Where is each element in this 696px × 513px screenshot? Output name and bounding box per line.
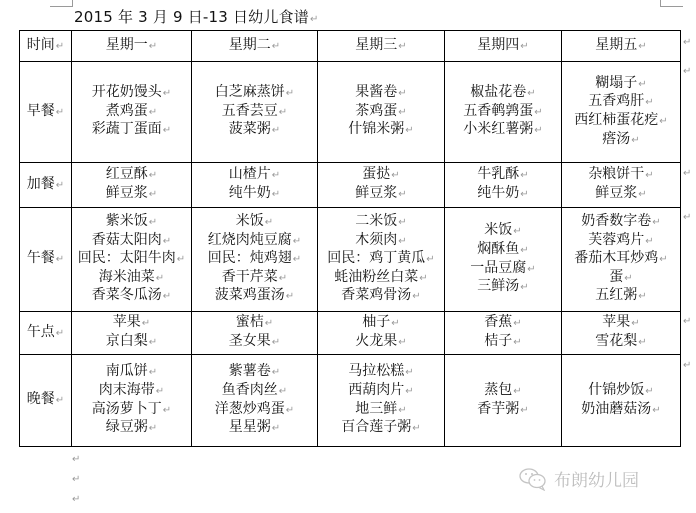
- paragraph-mark-icon: ↵: [520, 189, 528, 200]
- dish-item: 纯牛奶↵: [445, 185, 561, 204]
- menu-cell: 苹果↵雪花梨↵: [562, 312, 681, 355]
- paragraph-mark-icon: ↵: [272, 170, 280, 181]
- dish-name: 百合莲子粥: [341, 419, 411, 435]
- paragraph-mark-icon: ↵: [163, 88, 171, 99]
- paragraph-mark-icon: ↵: [631, 318, 639, 329]
- menu-cell: 杂粮饼干↵鲜豆浆↵: [562, 163, 681, 208]
- menu-cell: 牛乳酥↵纯牛奶↵: [445, 163, 562, 208]
- dish-item: 苹果↵: [72, 314, 191, 333]
- header-day-2: 星期二↵: [192, 31, 318, 62]
- row-end-mark-icon: ↵: [683, 66, 691, 77]
- dish-name: 鲜豆浆: [106, 185, 148, 201]
- paragraph-mark-icon: ↵: [645, 170, 653, 181]
- meal-label-cell: 午餐↵: [20, 208, 72, 312]
- paragraph-mark-icon: ↵: [272, 41, 280, 52]
- menu-cell: 蒸包↵香芋粥↵: [445, 355, 562, 447]
- dish-name: 菠菜粥: [229, 121, 271, 137]
- dish-item: 蒸包↵: [445, 382, 561, 401]
- dish-item: 果酱卷↵: [318, 84, 444, 103]
- menu-cell: 糊塌子↵五香鸡肝↵西红柿蛋花疙↵瘩汤↵: [562, 62, 681, 163]
- dish-item: 海米油菜↵: [72, 269, 191, 288]
- paragraph-mark-icon: ↵: [398, 107, 406, 118]
- paragraph-mark-icon: ↵: [513, 318, 521, 329]
- row-end-mark-icon: ↵: [683, 37, 691, 48]
- paragraph-mark-icon: ↵: [659, 254, 667, 265]
- dish-name: 椒盐花卷: [470, 84, 526, 100]
- dish-item: 西红柿蛋花疙↵: [562, 112, 680, 131]
- dish-item: 回民：太阳牛肉↵: [72, 250, 191, 269]
- dish-name: 苹果: [602, 314, 630, 330]
- paragraph-mark-icon: ↵: [279, 386, 287, 397]
- paragraph-mark-icon: ↵: [72, 474, 80, 494]
- dish-name: 纯牛奶: [477, 185, 519, 201]
- dish-name: 洋葱炒鸡蛋: [215, 401, 285, 417]
- paragraph-mark-icon: ↵: [56, 395, 64, 406]
- paragraph-mark-icon: ↵: [520, 245, 528, 256]
- paragraph-mark-icon: ↵: [631, 135, 639, 146]
- dish-name: 南瓜饼: [106, 363, 148, 379]
- paragraph-mark-icon: ↵: [156, 386, 164, 397]
- paragraph-mark-icon: ↵: [272, 189, 280, 200]
- header-day-label: 星期二: [229, 37, 271, 53]
- dish-name: 紫米饭: [106, 213, 148, 229]
- dish-name: 奶油蘑菇汤: [581, 401, 651, 417]
- paragraph-mark-icon: ↵: [163, 125, 171, 136]
- dish-name: 香菜鸡骨汤: [341, 287, 411, 303]
- meal-row: 早餐↵开花奶馒头↵煮鸡蛋↵彩蔬丁蛋面↵白芝麻蒸饼↵五香芸豆↵菠菜粥↵果酱卷↵茶鸡…: [20, 62, 681, 163]
- dish-name: 奶香数字卷: [581, 213, 651, 229]
- trailing-paragraph-marks: ↵ ↵ ↵: [72, 454, 80, 513]
- dish-item: 菠菜粥↵: [192, 121, 317, 140]
- dish-item: 蛋↵: [562, 269, 680, 288]
- dish-name: 果酱卷: [355, 84, 397, 100]
- dish-item: 奶油蘑菇汤↵: [562, 401, 680, 420]
- paragraph-mark-icon: ↵: [286, 291, 294, 302]
- dish-name: 五香芸豆: [222, 103, 278, 119]
- paragraph-mark-icon: ↵: [149, 189, 157, 200]
- paragraph-mark-icon: ↵: [638, 79, 646, 90]
- dish-item: 焖酥鱼↵: [445, 241, 561, 260]
- dish-name: 马拉松糕: [348, 363, 404, 379]
- header-time-label: 时间: [27, 37, 55, 53]
- dish-name: 苹果: [113, 314, 141, 330]
- dish-name: 绿豆粥: [106, 419, 148, 435]
- paragraph-mark-icon: ↵: [638, 337, 646, 348]
- dish-item: 马拉松糕↵: [318, 363, 444, 382]
- dish-item: 鲜豆浆↵: [72, 185, 191, 204]
- dish-item: 香干芹菜↵: [192, 269, 317, 288]
- dish-name: 火龙果: [355, 333, 397, 349]
- dish-item: 牛乳酥↵: [445, 166, 561, 185]
- paragraph-mark-icon: ↵: [426, 254, 434, 265]
- header-day-label: 星期五: [595, 37, 637, 53]
- dish-item: 二米饭↵: [318, 213, 444, 232]
- paragraph-mark-icon: ↵: [310, 14, 319, 25]
- dish-item: 杂粮饼干↵: [562, 166, 680, 185]
- paragraph-mark-icon: ↵: [272, 337, 280, 348]
- dish-item: 高汤萝卜丁↵: [72, 401, 191, 420]
- paragraph-mark-icon: ↵: [520, 170, 528, 181]
- dish-name: 什锦米粥: [348, 121, 404, 137]
- dish-item: 蛋挞↵: [318, 166, 444, 185]
- paragraph-mark-icon: ↵: [645, 386, 653, 397]
- paragraph-mark-icon: ↵: [279, 107, 287, 118]
- dish-name: 回民：太阳牛肉: [78, 250, 176, 266]
- paragraph-mark-icon: ↵: [149, 337, 157, 348]
- paragraph-mark-icon: ↵: [638, 291, 646, 302]
- dish-name: 蛋: [609, 269, 623, 285]
- dish-name: 五香鸡肝: [588, 93, 644, 109]
- document-title: 2015 年 3 月 9 日-13 日幼儿食谱↵: [74, 7, 319, 30]
- dish-name: 菠菜鸡蛋汤: [215, 287, 285, 303]
- menu-cell: 马拉松糕↵西葫肉片↵地三鲜↵百合莲子粥↵: [318, 355, 445, 447]
- dish-item: 柚子↵: [318, 314, 444, 333]
- dish-name: 杂粮饼干: [588, 166, 644, 182]
- paragraph-mark-icon: ↵: [645, 236, 653, 247]
- dish-name: 鲜豆浆: [595, 185, 637, 201]
- header-day-3: 星期三↵: [318, 31, 445, 62]
- meal-label-cell: 午点↵: [20, 312, 72, 355]
- paragraph-mark-icon: ↵: [645, 97, 653, 108]
- dish-item: 芙蓉鸡片↵: [562, 232, 680, 251]
- dish-name: 柚子: [362, 314, 390, 330]
- dish-item: 洋葱炒鸡蛋↵: [192, 401, 317, 420]
- dish-item: 茶鸡蛋↵: [318, 103, 444, 122]
- dish-name: 小米红薯粥: [463, 121, 533, 137]
- paragraph-mark-icon: ↵: [652, 405, 660, 416]
- dish-name: 二米饭: [355, 213, 397, 229]
- menu-cell: 南瓜饼↵肉末海带↵高汤萝卜丁↵绿豆粥↵: [72, 355, 192, 447]
- dish-item: 红烧肉炖豆腐↵: [192, 232, 317, 251]
- dish-item: 红豆酥↵: [72, 166, 191, 185]
- dish-name: 一品豆腐: [470, 260, 526, 276]
- wechat-icon: [518, 467, 548, 491]
- dish-item: 百合莲子粥↵: [318, 419, 444, 438]
- paragraph-mark-icon: ↵: [265, 217, 273, 228]
- paragraph-mark-icon: ↵: [72, 494, 80, 513]
- dish-name: 香蕉: [484, 314, 512, 330]
- meal-row: 午餐↵紫米饭↵香菇太阳肉↵回民：太阳牛肉↵海米油菜↵香菜冬瓜汤↵米饭↵红烧肉炖豆…: [20, 208, 681, 312]
- dish-item: 回民：炖鸡翅↵: [192, 250, 317, 269]
- dish-item: 米饭↵: [192, 213, 317, 232]
- dish-item: 菠菜鸡蛋汤↵: [192, 287, 317, 306]
- menu-cell: 奶香数字卷↵芙蓉鸡片↵番茄木耳炒鸡↵蛋↵五红粥↵: [562, 208, 681, 312]
- header-day-4: 星期四↵: [445, 31, 562, 62]
- watermark: 布朗幼儿园: [518, 466, 639, 491]
- paragraph-mark-icon: ↵: [652, 217, 660, 228]
- paragraph-mark-icon: ↵: [286, 405, 294, 416]
- paragraph-mark-icon: ↵: [527, 264, 535, 275]
- dish-item: 回民：鸡丁黄瓜↵: [318, 250, 444, 269]
- dish-name: 桔子: [484, 333, 512, 349]
- menu-cell: 二米饭↵木须肉↵回民：鸡丁黄瓜↵蚝油粉丝白菜↵香菜鸡骨汤↵: [318, 208, 445, 312]
- dish-item: 桔子↵: [445, 333, 561, 352]
- dish-name: 什锦炒饭: [588, 382, 644, 398]
- dish-item: 香芋粥↵: [445, 401, 561, 420]
- paragraph-mark-icon: ↵: [520, 41, 528, 52]
- dish-item: 香菜鸡骨汤↵: [318, 287, 444, 306]
- dish-item: 番茄木耳炒鸡↵: [562, 250, 680, 269]
- paragraph-mark-icon: ↵: [520, 282, 528, 293]
- dish-name: 京白梨: [106, 333, 148, 349]
- paragraph-mark-icon: ↵: [513, 386, 521, 397]
- paragraph-mark-icon: ↵: [405, 125, 413, 136]
- header-time: 时间↵: [20, 31, 72, 62]
- dish-item: 五红粥↵: [562, 287, 680, 306]
- dish-name: 肉末海带: [99, 382, 155, 398]
- menu-cell: 米饭↵红烧肉炖豆腐↵回民：炖鸡翅↵香干芹菜↵菠菜鸡蛋汤↵: [192, 208, 318, 312]
- watermark-text: 布朗幼儿园: [554, 466, 639, 491]
- menu-cell: 山楂片↵纯牛奶↵: [192, 163, 318, 208]
- paragraph-mark-icon: ↵: [638, 189, 646, 200]
- paragraph-mark-icon: ↵: [149, 170, 157, 181]
- paragraph-mark-icon: ↵: [272, 423, 280, 434]
- dish-name: 米饭: [236, 213, 264, 229]
- dish-name: 星星粥: [229, 419, 271, 435]
- dish-name: 蛋挞: [362, 166, 390, 182]
- menu-cell: 柚子↵火龙果↵: [318, 312, 445, 355]
- paragraph-mark-icon: ↵: [156, 273, 164, 284]
- meal-label: 午餐: [27, 250, 55, 266]
- dish-name: 蚝油粉丝白菜: [334, 269, 418, 285]
- menu-cell: 香蕉↵桔子↵: [445, 312, 562, 355]
- paragraph-mark-icon: ↵: [149, 107, 157, 118]
- dish-name: 地三鲜: [355, 401, 397, 417]
- paragraph-mark-icon: ↵: [149, 423, 157, 434]
- paragraph-mark-icon: ↵: [513, 226, 521, 237]
- paragraph-mark-icon: ↵: [534, 107, 542, 118]
- dish-name: 香干芹菜: [222, 269, 278, 285]
- dish-name: 茶鸡蛋: [355, 103, 397, 119]
- dish-item: 五香鸡肝↵: [562, 93, 680, 112]
- dish-name: 鱼香肉丝: [222, 382, 278, 398]
- paragraph-mark-icon: ↵: [56, 328, 64, 339]
- paragraph-mark-icon: ↵: [405, 386, 413, 397]
- dish-item: 西葫肉片↵: [318, 382, 444, 401]
- dish-name: 红烧肉炖豆腐: [208, 232, 292, 248]
- dish-item: 鲜豆浆↵: [562, 185, 680, 204]
- menu-table: 时间↵ 星期一↵ 星期二↵ 星期三↵ 星期四↵ 星期五↵ 早餐↵开花奶馒头↵煮鸡…: [19, 30, 681, 447]
- dish-name: 蜜桔: [236, 314, 264, 330]
- paragraph-mark-icon: ↵: [391, 318, 399, 329]
- document-title-text: 2015 年 3 月 9 日-13 日幼儿食谱: [74, 8, 309, 26]
- paragraph-mark-icon: ↵: [56, 107, 64, 118]
- dish-item: 香蕉↵: [445, 314, 561, 333]
- meal-label-cell: 晚餐↵: [20, 355, 72, 447]
- menu-cell: 果酱卷↵茶鸡蛋↵什锦米粥↵: [318, 62, 445, 163]
- menu-cell: 苹果↵京白梨↵: [72, 312, 192, 355]
- dish-name: 雪花梨: [595, 333, 637, 349]
- paragraph-mark-icon: ↵: [398, 405, 406, 416]
- dish-item: 瘩汤↵: [562, 131, 680, 150]
- paragraph-mark-icon: ↵: [412, 291, 420, 302]
- paragraph-mark-icon: ↵: [398, 236, 406, 247]
- paragraph-mark-icon: ↵: [513, 337, 521, 348]
- dish-item: 白芝麻蒸饼↵: [192, 84, 317, 103]
- dish-name: 纯牛奶: [229, 185, 271, 201]
- paragraph-mark-icon: ↵: [265, 318, 273, 329]
- dish-item: 木须肉↵: [318, 232, 444, 251]
- dish-item: 京白梨↵: [72, 333, 191, 352]
- dish-item: 鱼香肉丝↵: [192, 382, 317, 401]
- paragraph-mark-icon: ↵: [293, 254, 301, 265]
- paragraph-mark-icon: ↵: [177, 254, 185, 265]
- dish-item: 圣女果↵: [192, 333, 317, 352]
- dish-name: 高汤萝卜丁: [92, 401, 162, 417]
- dish-name: 五香鹌鹑蛋: [463, 103, 533, 119]
- paragraph-mark-icon: ↵: [534, 125, 542, 136]
- menu-cell: 蜜桔↵圣女果↵: [192, 312, 318, 355]
- dish-name: 香菇太阳肉: [92, 232, 162, 248]
- paragraph-mark-icon: ↵: [272, 367, 280, 378]
- dish-item: 小米红薯粥↵: [445, 121, 561, 140]
- dish-name: 香菜冬瓜汤: [92, 287, 162, 303]
- dish-item: 奶香数字卷↵: [562, 213, 680, 232]
- meal-label: 早餐: [27, 103, 55, 119]
- header-day-1: 星期一↵: [72, 31, 192, 62]
- paragraph-mark-icon: ↵: [293, 236, 301, 247]
- dish-item: 米饭↵: [445, 222, 561, 241]
- row-end-mark-icon: ↵: [683, 168, 691, 179]
- dish-item: 三鲜汤↵: [445, 278, 561, 297]
- dish-name: 彩蔬丁蛋面: [92, 121, 162, 137]
- paragraph-mark-icon: ↵: [142, 318, 150, 329]
- paragraph-mark-icon: ↵: [163, 405, 171, 416]
- dish-name: 西红柿蛋花疙: [574, 112, 658, 128]
- dish-item: 煮鸡蛋↵: [72, 103, 191, 122]
- dish-name: 木须肉: [355, 232, 397, 248]
- dish-name: 红豆酥: [106, 166, 148, 182]
- menu-cell: 紫米饭↵香菇太阳肉↵回民：太阳牛肉↵海米油菜↵香菜冬瓜汤↵: [72, 208, 192, 312]
- menu-cell: 什锦炒饭↵奶油蘑菇汤↵: [562, 355, 681, 447]
- dish-item: 什锦米粥↵: [318, 121, 444, 140]
- header-day-label: 星期四: [477, 37, 519, 53]
- meal-label: 晚餐: [27, 391, 55, 407]
- meal-label-cell: 早餐↵: [20, 62, 72, 163]
- dish-name: 蒸包: [484, 382, 512, 398]
- dish-name: 回民：鸡丁黄瓜: [327, 250, 425, 266]
- paragraph-mark-icon: ↵: [659, 116, 667, 127]
- paragraph-mark-icon: ↵: [412, 423, 420, 434]
- dish-name: 圣女果: [229, 333, 271, 349]
- paragraph-mark-icon: ↵: [56, 254, 64, 265]
- menu-cell: 开花奶馒头↵煮鸡蛋↵彩蔬丁蛋面↵: [72, 62, 192, 163]
- dish-name: 回民：炖鸡翅: [208, 250, 292, 266]
- meal-row: 晚餐↵南瓜饼↵肉末海带↵高汤萝卜丁↵绿豆粥↵紫薯卷↵鱼香肉丝↵洋葱炒鸡蛋↵星星粥…: [20, 355, 681, 447]
- dish-item: 南瓜饼↵: [72, 363, 191, 382]
- dish-item: 五香鹌鹑蛋↵: [445, 103, 561, 122]
- dish-item: 蚝油粉丝白菜↵: [318, 269, 444, 288]
- paragraph-mark-icon: ↵: [398, 88, 406, 99]
- paragraph-mark-icon: ↵: [149, 367, 157, 378]
- page-corner-mark-right: [660, 0, 683, 7]
- meal-label: 午点: [27, 324, 55, 340]
- dish-name: 开花奶馒头: [92, 84, 162, 100]
- header-day-label: 星期三: [355, 37, 397, 53]
- dish-name: 紫薯卷: [229, 363, 271, 379]
- paragraph-mark-icon: ↵: [398, 217, 406, 228]
- dish-item: 肉末海带↵: [72, 382, 191, 401]
- dish-name: 煮鸡蛋: [106, 103, 148, 119]
- paragraph-mark-icon: ↵: [272, 125, 280, 136]
- paragraph-mark-icon: ↵: [520, 405, 528, 416]
- dish-item: 紫米饭↵: [72, 213, 191, 232]
- meal-label: 加餐: [27, 176, 55, 192]
- dish-item: 雪花梨↵: [562, 333, 680, 352]
- menu-cell: 紫薯卷↵鱼香肉丝↵洋葱炒鸡蛋↵星星粥↵: [192, 355, 318, 447]
- paragraph-mark-icon: ↵: [56, 180, 64, 191]
- paragraph-mark-icon: ↵: [149, 41, 157, 52]
- dish-item: 开花奶馒头↵: [72, 84, 191, 103]
- dish-item: 糊塌子↵: [562, 75, 680, 94]
- menu-cell: 蛋挞↵鲜豆浆↵: [318, 163, 445, 208]
- dish-item: 苹果↵: [562, 314, 680, 333]
- paragraph-mark-icon: ↵: [398, 41, 406, 52]
- meal-label-cell: 加餐↵: [20, 163, 72, 208]
- dish-name: 西葫肉片: [348, 382, 404, 398]
- paragraph-mark-icon: ↵: [405, 367, 413, 378]
- dish-item: 彩蔬丁蛋面↵: [72, 121, 191, 140]
- paragraph-mark-icon: ↵: [638, 41, 646, 52]
- dish-item: 蜜桔↵: [192, 314, 317, 333]
- header-row: 时间↵ 星期一↵ 星期二↵ 星期三↵ 星期四↵ 星期五↵: [20, 31, 681, 62]
- dish-item: 紫薯卷↵: [192, 363, 317, 382]
- dish-item: 星星粥↵: [192, 419, 317, 438]
- dish-name: 鲜豆浆: [355, 185, 397, 201]
- dish-name: 三鲜汤: [477, 278, 519, 294]
- paragraph-mark-icon: ↵: [163, 291, 171, 302]
- paragraph-mark-icon: ↵: [398, 337, 406, 348]
- dish-name: 山楂片: [229, 166, 271, 182]
- dish-name: 糊塌子: [595, 75, 637, 91]
- paragraph-mark-icon: ↵: [391, 170, 399, 181]
- dish-item: 椒盐花卷↵: [445, 84, 561, 103]
- dish-item: 鲜豆浆↵: [318, 185, 444, 204]
- dish-item: 地三鲜↵: [318, 401, 444, 420]
- menu-cell: 红豆酥↵鲜豆浆↵: [72, 163, 192, 208]
- dish-name: 芙蓉鸡片: [588, 232, 644, 248]
- dish-name: 番茄木耳炒鸡: [574, 250, 658, 266]
- page-corner-mark-left: [50, 0, 73, 7]
- dish-item: 山楂片↵: [192, 166, 317, 185]
- row-end-mark-icon: ↵: [683, 212, 691, 223]
- meal-row: 加餐↵红豆酥↵鲜豆浆↵山楂片↵纯牛奶↵蛋挞↵鲜豆浆↵牛乳酥↵纯牛奶↵杂粮饼干↵鲜…: [20, 163, 681, 208]
- dish-item: 香菜冬瓜汤↵: [72, 287, 191, 306]
- dish-item: 什锦炒饭↵: [562, 382, 680, 401]
- meal-row: 午点↵苹果↵京白梨↵蜜桔↵圣女果↵柚子↵火龙果↵香蕉↵桔子↵苹果↵雪花梨↵: [20, 312, 681, 355]
- dish-name: 瘩汤: [602, 131, 630, 147]
- paragraph-mark-icon: ↵: [279, 273, 287, 284]
- paragraph-mark-icon: ↵: [149, 217, 157, 228]
- dish-name: 白芝麻蒸饼: [215, 84, 285, 100]
- dish-item: 纯牛奶↵: [192, 185, 317, 204]
- paragraph-mark-icon: ↵: [419, 273, 427, 284]
- paragraph-mark-icon: ↵: [163, 236, 171, 247]
- dish-name: 焖酥鱼: [477, 241, 519, 257]
- menu-cell: 白芝麻蒸饼↵五香芸豆↵菠菜粥↵: [192, 62, 318, 163]
- dish-name: 牛乳酥: [477, 166, 519, 182]
- paragraph-mark-icon: ↵: [398, 189, 406, 200]
- paragraph-mark-icon: ↵: [72, 454, 80, 474]
- row-end-mark-icon: ↵: [683, 316, 691, 327]
- header-day-label: 星期一: [106, 37, 148, 53]
- dish-name: 米饭: [484, 222, 512, 238]
- header-day-5: 星期五↵: [562, 31, 681, 62]
- dish-name: 香芋粥: [477, 401, 519, 417]
- dish-name: 五红粥: [595, 287, 637, 303]
- dish-item: 一品豆腐↵: [445, 260, 561, 279]
- dish-item: 火龙果↵: [318, 333, 444, 352]
